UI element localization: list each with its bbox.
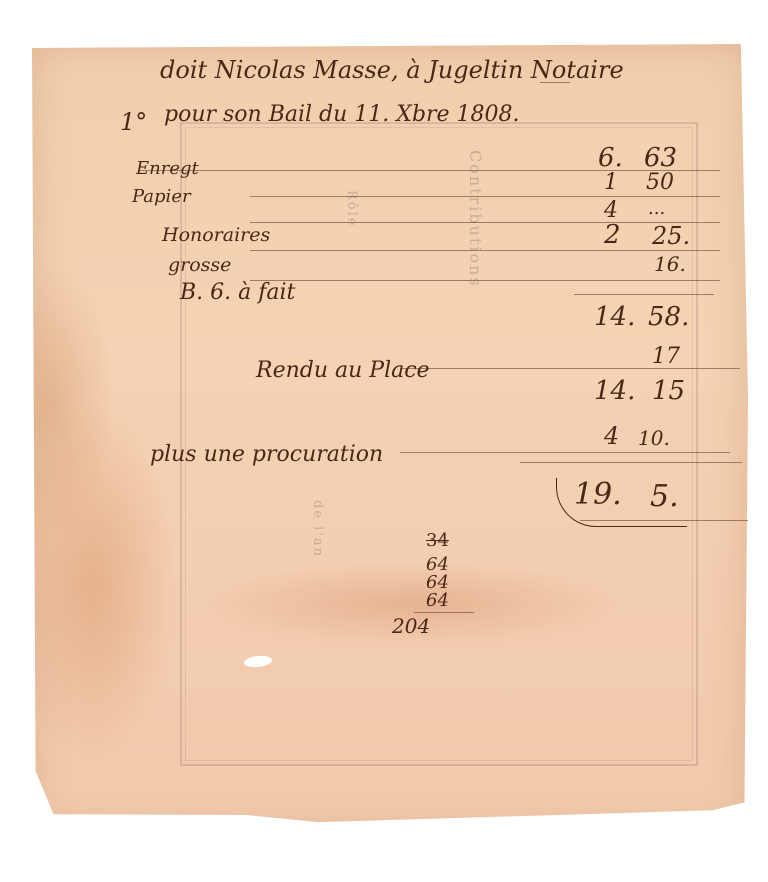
item-sous: ...: [648, 200, 665, 218]
item-sous: 50: [646, 172, 674, 194]
side-calc-row: 64: [426, 592, 449, 610]
header-line-2: pour son Bail du 11. Xbre 1808.: [164, 104, 520, 126]
item-label: Honoraires: [162, 226, 270, 245]
extra-livres: 4: [604, 424, 619, 448]
item-label: Papier: [132, 188, 191, 206]
subtotal-label: B. 6. à fait: [180, 282, 295, 304]
item-livres: 2: [604, 222, 621, 248]
item-livres: 4: [604, 200, 618, 222]
header-number: 1°: [120, 110, 147, 134]
bleed-through-text: de l'an: [310, 500, 325, 558]
deduction-label: Rendu au Place: [256, 360, 430, 382]
item-label: Enregt: [136, 160, 199, 178]
item-sous: 25.: [652, 224, 690, 248]
deduction-sous: 17: [652, 346, 680, 368]
item-livres: 6.: [598, 145, 623, 171]
subtotal-sous: 58.: [648, 304, 689, 330]
after-deduction-sous: 15: [652, 378, 685, 404]
extra-label: plus une procuration: [150, 444, 383, 466]
item-label: grosse: [168, 256, 231, 275]
item-livres: 1: [604, 172, 618, 194]
subtotal-livres: 14.: [594, 304, 635, 330]
item-sous: 16.: [654, 254, 686, 274]
header-line-1: doit Nicolas Masse, à Jugeltin Notaire: [160, 58, 624, 82]
side-calc-struck: 34: [426, 532, 449, 550]
extra-sous: 10.: [638, 428, 670, 448]
side-calc-result: 204: [392, 616, 430, 636]
item-sous: 63: [644, 145, 677, 171]
after-deduction-livres: 14.: [594, 378, 635, 404]
